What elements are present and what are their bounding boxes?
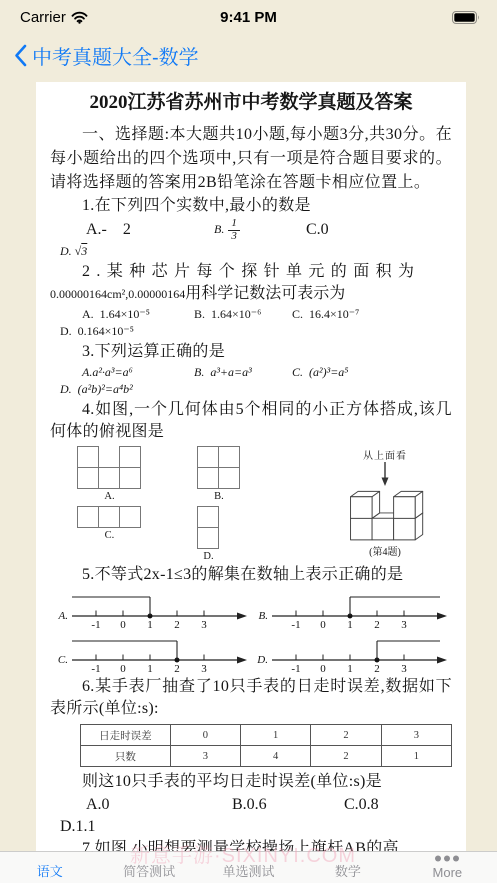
tab-short-answer-test[interactable]: 简答测试 bbox=[99, 852, 198, 883]
q1-option-b: B.13 bbox=[214, 218, 306, 242]
q3-option-d: D. (a²b)²=a⁴b² bbox=[60, 382, 452, 397]
q3-option-c: C. (a²)³=a⁵ bbox=[292, 365, 348, 380]
svg-text:-1: -1 bbox=[291, 619, 300, 630]
cubes-figure bbox=[341, 486, 429, 542]
view-from-above-label: 从上面看 bbox=[363, 447, 407, 462]
section-intro: 一、选择题:本大题共10小题,每小题3分,共30分。在每小题给出的四个选项中,只… bbox=[50, 123, 452, 195]
tab-bar: 语文 简答测试 单选测试 数学 More bbox=[0, 851, 497, 883]
down-arrow-icon bbox=[379, 462, 391, 486]
svg-text:1: 1 bbox=[147, 619, 153, 630]
q4-figure-b: B. bbox=[198, 447, 302, 502]
q5-number-lines: A.-10123 B.-10123 C.-10123 D.-10123 bbox=[52, 588, 452, 674]
q6-option-d: D.1.1 bbox=[60, 816, 452, 837]
status-bar: Carrier 9:41 PM bbox=[0, 0, 497, 32]
svg-text:3: 3 bbox=[201, 663, 207, 674]
q2-math-value: 0.00000164cm²,0.00000164 bbox=[50, 287, 185, 301]
carrier-label: Carrier bbox=[20, 9, 66, 26]
q5-axis-c: C.-10123 bbox=[52, 632, 252, 674]
document-page[interactable]: 2020江苏省苏州市中考数学真题及答案 一、选择题:本大题共10小题,每小题3分… bbox=[36, 82, 466, 852]
q6-stem2: 则这10只手表的平均日走时误差(单位:s)是 bbox=[50, 771, 452, 793]
svg-text:0: 0 bbox=[320, 619, 326, 630]
q4-figure-a: A. bbox=[78, 447, 198, 502]
wifi-icon bbox=[71, 11, 88, 24]
ellipsis-icon bbox=[398, 855, 497, 862]
q2-option-c: C. 16.4×10⁻⁷ bbox=[292, 307, 359, 322]
svg-text:-1: -1 bbox=[91, 619, 100, 630]
q2-option-b: B. 1.64×10⁻⁶ bbox=[194, 307, 292, 322]
q6-option-c: C.0.8 bbox=[344, 794, 379, 815]
tab-single-choice-test[interactable]: 单选测试 bbox=[199, 852, 298, 883]
svg-text:2: 2 bbox=[374, 619, 380, 630]
q4-figures: A. B. C. D. 从上面看 bbox=[78, 447, 452, 562]
q1-option-d: D. √3 bbox=[60, 244, 452, 259]
q1-options-row: A.- 2 B.13 C.0 bbox=[86, 218, 452, 242]
svg-text:0: 0 bbox=[320, 663, 326, 674]
q4-figure-c: C. bbox=[78, 507, 198, 562]
svg-text:1: 1 bbox=[147, 663, 153, 674]
tab-chinese[interactable]: 语文 bbox=[0, 852, 99, 883]
svg-text:0: 0 bbox=[120, 619, 126, 630]
q6-option-b: B.0.6 bbox=[232, 794, 344, 815]
q6-option-a: A.0 bbox=[86, 794, 232, 815]
q5-axis-d: D.-10123 bbox=[252, 632, 452, 674]
q2-stem-line1: 2.某种芯片每个探针单元的面积为 bbox=[50, 261, 452, 283]
q5-stem: 5.不等式2x-1≤3的解集在数轴上表示正确的是 bbox=[50, 564, 452, 586]
tab-more[interactable]: More bbox=[398, 852, 497, 883]
q4-figure-d: D. bbox=[198, 507, 302, 562]
q3-options-row1: A.a²·a³=a⁶ B. a³+a=a³ C. (a²)³=a⁵ bbox=[82, 365, 452, 380]
q2-options-row1: A. 1.64×10⁻⁵ B. 1.64×10⁻⁶ C. 16.4×10⁻⁷ bbox=[82, 307, 452, 322]
svg-text:-1: -1 bbox=[291, 663, 300, 674]
back-label: 中考真题大全-数学 bbox=[32, 41, 199, 70]
q3-stem: 3.下列运算正确的是 bbox=[50, 341, 452, 363]
q5-axis-a: A.-10123 bbox=[52, 588, 252, 630]
svg-text:2: 2 bbox=[374, 663, 380, 674]
q2-option-a: A. 1.64×10⁻⁵ bbox=[82, 307, 194, 322]
q7-stem: 7.如图,小明想要测量学校操场上旗杆AB的高 bbox=[50, 838, 452, 852]
q1-option-c: C.0 bbox=[306, 219, 329, 241]
q3-option-a: A.a²·a³=a⁶ bbox=[82, 365, 194, 380]
svg-text:0: 0 bbox=[120, 663, 126, 674]
q1-stem: 1.在下列四个实数中,最小的数是 bbox=[50, 195, 452, 217]
svg-text:-1: -1 bbox=[91, 663, 100, 674]
svg-text:1: 1 bbox=[347, 619, 353, 630]
svg-text:1: 1 bbox=[347, 663, 353, 674]
chevron-left-icon bbox=[14, 44, 27, 67]
q2-stem-line2: 0.00000164cm²,0.00000164用科学记数法可表示为 bbox=[50, 283, 452, 305]
q1-option-a: A.- 2 bbox=[86, 219, 214, 241]
nav-bar: 中考真题大全-数学 bbox=[0, 32, 497, 78]
q3-option-b: B. a³+a=a³ bbox=[194, 365, 292, 380]
svg-text:3: 3 bbox=[401, 619, 407, 630]
figure-caption: (第4题) bbox=[369, 543, 401, 558]
tab-math[interactable]: 数学 bbox=[298, 852, 397, 883]
svg-text:2: 2 bbox=[174, 619, 180, 630]
svg-text:3: 3 bbox=[401, 663, 407, 674]
doc-title: 2020江苏省苏州市中考数学真题及答案 bbox=[50, 92, 452, 115]
q5-axis-b: B.-10123 bbox=[252, 588, 452, 630]
svg-text:3: 3 bbox=[201, 619, 207, 630]
q4-stem: 4.如图,一个几何体由5个相同的小正方体搭成,该几何体的俯视图是 bbox=[50, 399, 452, 443]
svg-text:2: 2 bbox=[174, 663, 180, 674]
battery-icon bbox=[452, 11, 481, 24]
q4-solid-figure: 从上面看 (第4题) bbox=[318, 447, 452, 562]
q4-option-figures: A. B. C. D. bbox=[78, 447, 302, 562]
q6-table: 日走时误差0123只数3421 bbox=[80, 724, 452, 767]
q6-stem: 6.某手表厂抽查了10只手表的日走时误差,数据如下表所示(单位:s): bbox=[50, 676, 452, 720]
q2-option-d: D. 0.164×10⁻⁵ bbox=[60, 324, 452, 339]
q6-options-row1: A.0 B.0.6 C.0.8 bbox=[86, 794, 452, 815]
back-button[interactable]: 中考真题大全-数学 bbox=[14, 41, 199, 70]
app-screen: Carrier 9:41 PM 中考真题大全-数学 2 bbox=[0, 0, 497, 883]
